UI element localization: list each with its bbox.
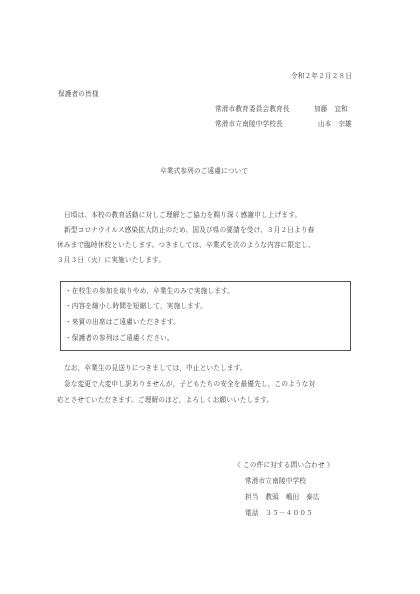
closing-line-3: 応とさせていただきます。ご理解のほど，よろしくお願いいたします。 — [57, 396, 273, 404]
closing-line-1: なお，卒業生の見送りにつきましては，中止といたします。 — [64, 364, 247, 372]
body-paragraph-2-line-2: 休みまで臨時休校といたします。つきましては、卒業式を次のような内容に限定し、 — [57, 241, 315, 249]
document-title: 卒業式参列のご遠慮について — [160, 167, 248, 175]
body-paragraph-2-line-3: ３月３日（火）に実施いたします。 — [57, 256, 165, 264]
box-item-4: ・保護者の参列はご遠慮ください。 — [65, 334, 174, 342]
sender-2-title: 常滑市立南陵中学校長 — [215, 120, 283, 128]
sender-1-title: 常滑市教育委員会教育長 — [215, 105, 290, 113]
document-date: 令和２年２月２８日 — [291, 72, 352, 80]
contact-heading: 《 この件に対する問い合わせ 》 — [234, 461, 334, 469]
sender-2-name: 山本 宗雄 — [318, 120, 352, 128]
sender-1-name: 加藤 宜和 — [314, 105, 348, 113]
box-item-3: ・来賓の出席はご遠慮いただきます。 — [65, 318, 180, 326]
contact-phone: 電話 ３５－４００５ — [245, 509, 313, 517]
contact-school: 常滑市立南陵中学校 — [245, 477, 306, 485]
box-item-1: ・在校生の参加を取りやめ，卒業生のみで実施します。 — [65, 287, 234, 295]
body-paragraph-2-line-1: 新型コロナウイルス感染拡大防止のため、国及び県の要請を受け、３月２日より春 — [64, 226, 314, 234]
contact-person: 担当 教頭 嶋田 泰広 — [245, 493, 320, 501]
closing-line-2: 急な変更で大変申し訳ありませんが，子どもたちの安全を最優先し，このような対 — [64, 380, 315, 388]
box-item-2: ・内容を縮小し時間を短縮して，実施します。 — [65, 302, 207, 310]
recipient: 保護者の皆様 — [58, 90, 99, 98]
body-paragraph-1: 日頃は、本校の教育活動に対しご理解とご協力を賜り深く感謝申し上げます。 — [64, 211, 301, 219]
